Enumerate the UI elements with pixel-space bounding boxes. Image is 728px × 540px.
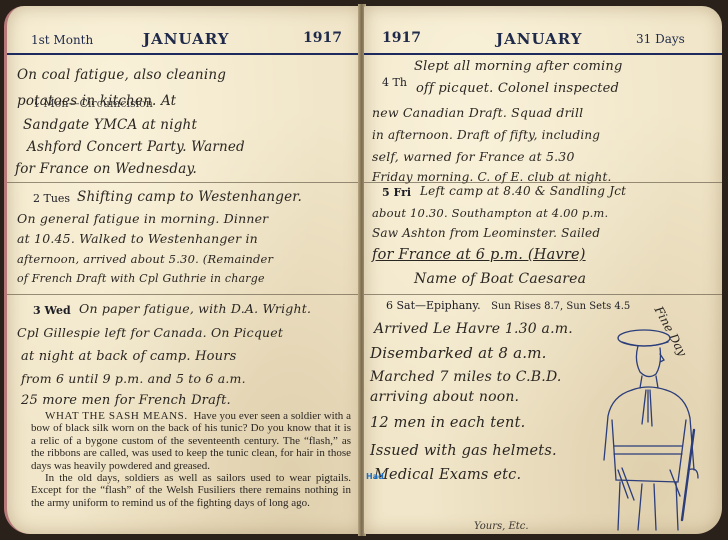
day-label-3: 3 Wed [33,304,71,317]
day-divider [364,294,722,295]
right-page: 1917 JANUARY 31 Days 4 Th Slept all morn… [364,6,722,534]
entry-1-line-2: potatoes in kitchen. At [17,90,176,112]
entry-4-line-3: new Canadian Draft. Squad drill [372,102,583,124]
entry-6-line-1: Arrived Le Havre 1.30 a.m. [374,318,573,340]
entry-4-line-4: in afternoon. Draft of fifty, including [372,124,600,146]
day-label-6-text: 6 Sat—Epiphany. [386,299,481,312]
entry-5-line-5: Name of Boat Caesarea [414,268,586,290]
entry-2-line-3: at 10.45. Walked to Westenhanger in [17,228,258,250]
right-page-header: 1917 JANUARY 31 Days [364,28,722,50]
printed-note: WHAT THE SASH MEANS. Have you ever seen … [31,410,351,509]
entry-5-line-2: about 10.30. Southampton at 4.00 p.m. [372,202,608,224]
header-rule [7,53,363,55]
entry-5-line-1: Left camp at 8.40 & Sandling Jct [420,180,626,202]
month-title: JANUARY [143,30,229,48]
entry-3-line-4: from 6 until 9 p.m. and 5 to 6 a.m. [21,368,246,390]
diary-spread: 1st Month JANUARY 1917 1 Mon—Circumcisio… [0,0,728,540]
entry-4-line-1: Slept all morning after coming [414,56,622,78]
soldier-sketch-icon [582,320,712,532]
day-divider [7,182,363,183]
entry-3-line-2: Cpl Gillespie left for Canada. On Picque… [17,322,283,344]
entry-6-line-7: Medical Exams etc. [374,464,521,486]
entry-6-line-4: arriving about noon. [370,386,519,408]
entry-2-line-5: of French Draft with Cpl Guthrie in char… [17,268,265,290]
days-in-month: 31 Days [636,32,685,46]
entry-5-line-3: Saw Ashton from Leominster. Sailed [372,222,600,244]
entry-4-line-5: self, warned for France at 5.30 [372,146,575,168]
entry-2-line-2: On general fatigue in morning. Dinner [17,208,268,230]
day-label-4: 4 Th [382,76,407,89]
header-rule [364,53,722,55]
month-number: 1st Month [31,33,93,47]
entry-5-line-4: for France at 6 p.m. (Havre) [372,244,586,266]
entry-4-line-2: off picquet. Colonel inspected [416,78,619,100]
entry-6-line-3: Marched 7 miles to C.B.D. [370,366,562,388]
sun-times: Sun Rises 8.7, Sun Sets 4.5 [491,301,630,312]
month-title: JANUARY [496,30,582,48]
entry-2-line-1: Shifting camp to Westenhanger. [77,186,302,208]
footer-scrawl: Yours, Etc. [474,521,529,532]
entry-1-line-5: for France on Wednesday. [15,158,197,180]
entry-3-line-1: On paper fatigue, with D.A. Wright. [79,298,311,320]
entry-3-line-3: at night at back of camp. Hours [21,346,237,368]
day-divider [7,294,363,295]
entry-2-line-4: afternoon, arrived about 5.30. (Remainde… [17,248,273,270]
entry-6-line-2: Disembarked at 8 a.m. [370,342,547,364]
day-label-2: 2 Tues [33,192,70,205]
left-page: 1st Month JANUARY 1917 1 Mon—Circumcisio… [4,6,363,534]
entry-6-line-5: 12 men in each tent. [370,412,525,434]
year: 1917 [303,30,342,46]
blue-margin-note: Had [366,472,384,481]
entry-1-line-3: Sandgate YMCA at night [23,114,197,136]
day-label-6: 6 Sat—Epiphany. Sun Rises 8.7, Sun Sets … [386,299,630,312]
printed-note-title: WHAT THE SASH MEANS. [45,410,188,422]
day-label-5: 5 Fri [382,186,411,199]
entry-6-line-6: Issued with gas helmets. [370,440,557,462]
printed-note-paragraph-2: In the old days, soldiers as well as sai… [31,472,351,509]
entry-3-line-5: 25 more men for French Draft. [21,390,231,412]
entry-1-line-4: Ashford Concert Party. Warned [27,136,245,158]
entry-1-line-1: On coal fatigue, also cleaning [17,64,226,86]
year: 1917 [382,30,421,46]
left-page-header: 1st Month JANUARY 1917 [7,28,363,50]
